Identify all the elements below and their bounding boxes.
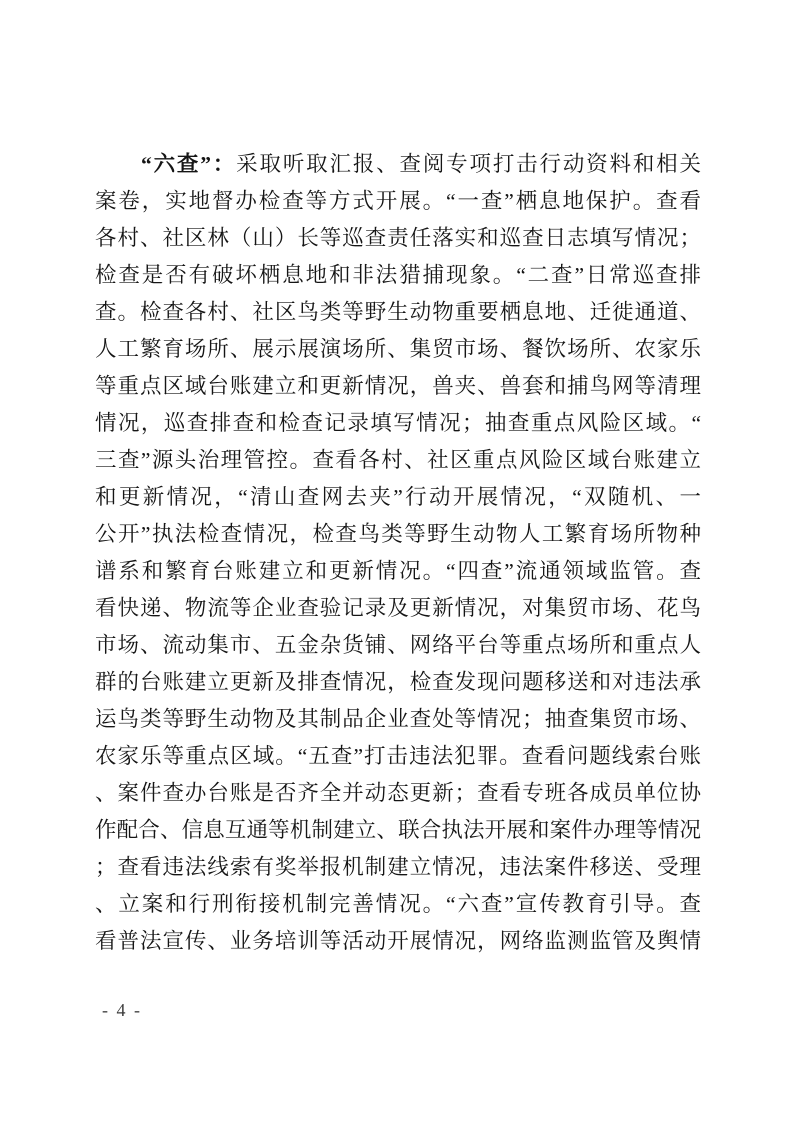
text-line: 作配合、信息互通等机制建立、联合执法开展和案件办理等情况	[95, 812, 701, 849]
text-line: 公开”执法检查情况，检查鸟类等野生动物人工繁育场所物种	[95, 516, 701, 553]
page-number: - 4 -	[102, 996, 142, 1024]
document-page: “六查”：采取听取汇报、查阅专项打击行动资料和相关 案卷，实地督办检查等方式开展…	[0, 0, 793, 1122]
text-line: 各村、社区林（山）长等巡查责任落实和巡查日志填写情况；	[95, 220, 701, 257]
text-line: 检查是否有破坏栖息地和非法猎捕现象。“二查”日常巡查排	[95, 257, 701, 294]
body-text-block: “六查”：采取听取汇报、查阅专项打击行动资料和相关 案卷，实地督办检查等方式开展…	[95, 146, 701, 960]
text-line: 、案件查办台账是否齐全并动态更新；查看专班各成员单位协	[95, 775, 701, 812]
text-line: 谱系和繁育台账建立和更新情况。“四查”流通领域监管。查	[95, 553, 701, 590]
text-line: 和更新情况，“清山查网去夹”行动开展情况，“双随机、一	[95, 479, 701, 516]
text-line: 情况，巡查排查和检查记录填写情况；抽查重点风险区域。“	[95, 405, 701, 442]
text-line: 等重点区域台账建立和更新情况，兽夹、兽套和捕鸟网等清理	[95, 368, 701, 405]
text-line: 市场、流动集市、五金杂货铺、网络平台等重点场所和重点人	[95, 627, 701, 664]
text-line: 查。检查各村、社区鸟类等野生动物重要栖息地、迁徙通道、	[95, 294, 701, 331]
text-line: 运鸟类等野生动物及其制品企业查处等情况；抽查集贸市场、	[95, 701, 701, 738]
text-line: 群的台账建立更新及排查情况，检查发现问题移送和对违法承	[95, 664, 701, 701]
text-line: 看普法宣传、业务培训等活动开展情况，网络监测监管及舆情	[95, 923, 701, 960]
paragraph-first-line: “六查”：采取听取汇报、查阅专项打击行动资料和相关	[95, 146, 701, 183]
text-line: ；查看违法线索有奖举报机制建立情况，违法案件移送、受理	[95, 849, 701, 886]
text-line: 人工繁育场所、展示展演场所、集贸市场、餐饮场所、农家乐	[95, 331, 701, 368]
paragraph-lines: 案卷，实地督办检查等方式开展。“一查”栖息地保护。查看各村、社区林（山）长等巡查…	[95, 183, 701, 960]
text-line: 看快递、物流等企业查验记录及更新情况，对集贸市场、花鸟	[95, 590, 701, 627]
paragraph-first-line-text: 采取听取汇报、查阅专项打击行动资料和相关	[236, 152, 701, 176]
text-line: 三查”源头治理管控。查看各村、社区重点风险区域台账建立	[95, 442, 701, 479]
text-line: 农家乐等重点区域。“五查”打击违法犯罪。查看问题线索台账	[95, 738, 701, 775]
text-line: 案卷，实地督办检查等方式开展。“一查”栖息地保护。查看	[95, 183, 701, 220]
text-line: 、立案和行刑衔接机制完善情况。“六查”宣传教育引导。查	[95, 886, 701, 923]
paragraph-lead-bold: “六查”：	[141, 152, 236, 176]
